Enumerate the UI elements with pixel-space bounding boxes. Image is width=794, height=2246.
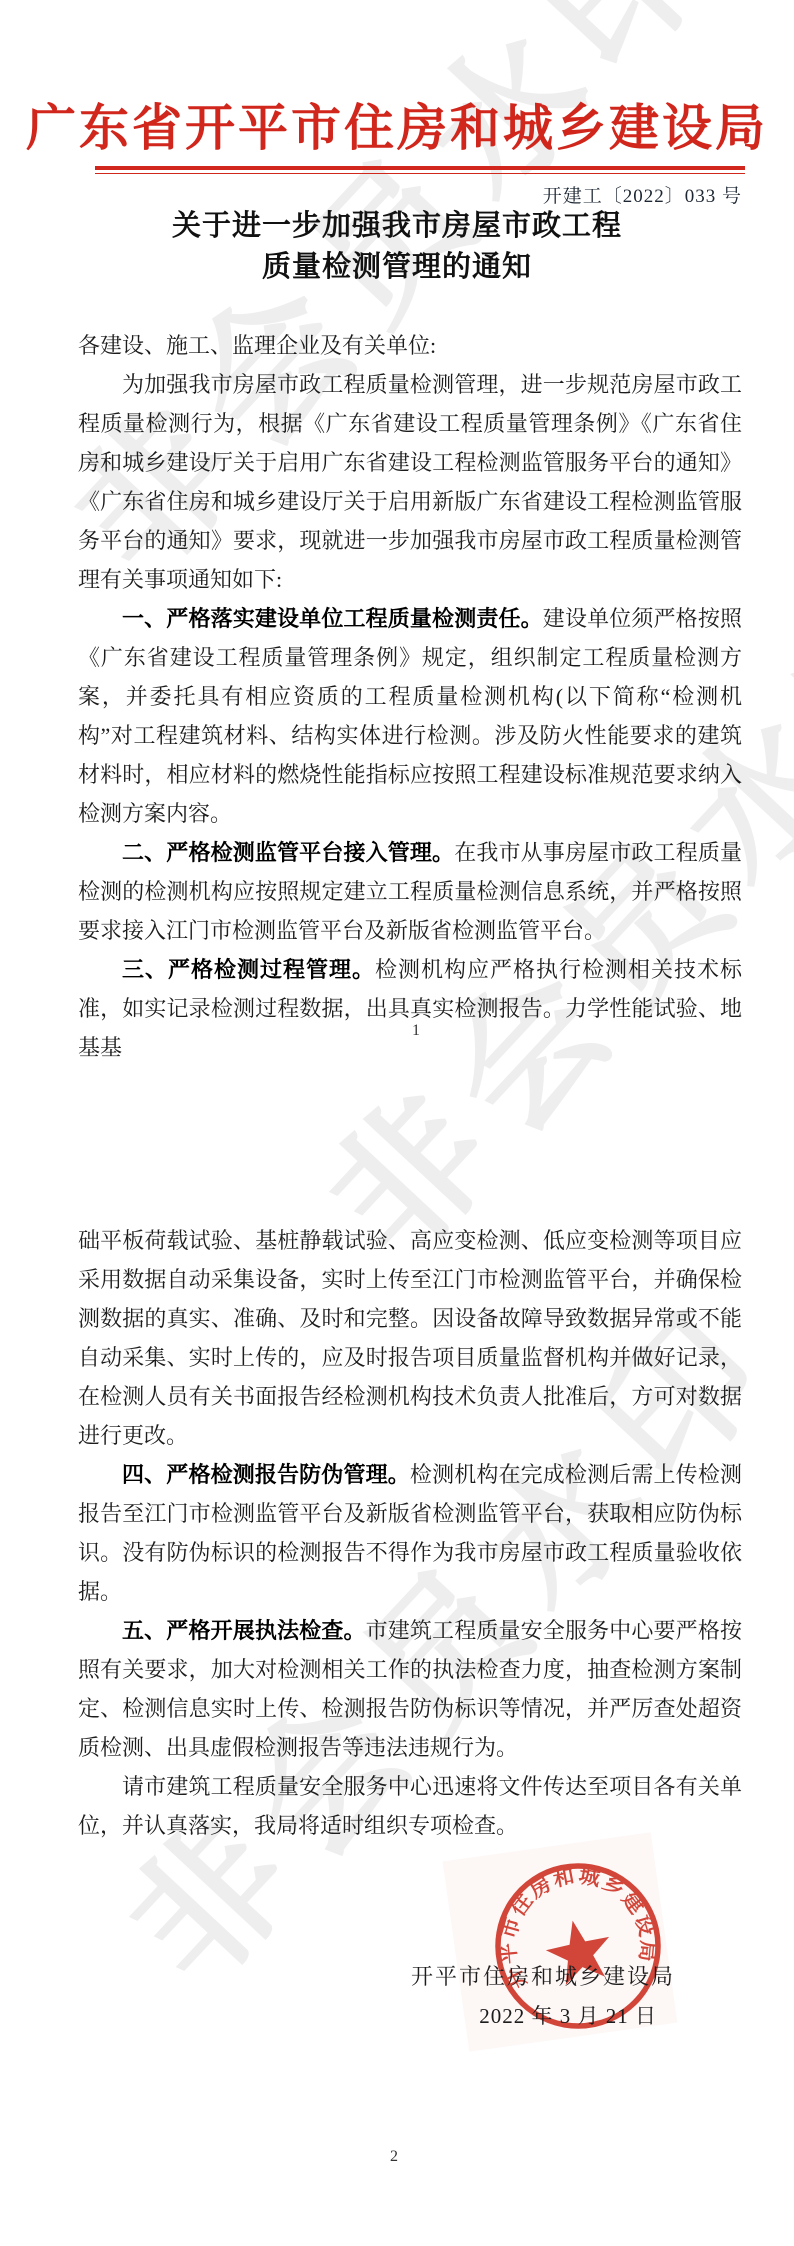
document-page: 非会员水印 非会员水印 非会员水印 广东省开平市住房和城乡建设局 开建工〔202… [0,0,794,2246]
paragraph: 为加强我市房屋市政工程质量检测管理，进一步规范房屋市政工程质量检测行为，根据《广… [78,365,742,599]
paragraph: 一、严格落实建设单位工程质量检测责任。建设单位须严格按照《广东省建设工程质量管理… [78,599,742,833]
document-title: 关于进一步加强我市房屋市政工程 质量检测管理的通知 [0,206,794,288]
body-section-page2: 础平板荷载试验、基桩静载试验、高应变检测、低应变检测等项目应采用数据自动采集设备… [78,1221,742,1845]
title-line-1: 关于进一步加强我市房屋市政工程 [0,206,794,247]
body-section-page1: 各建设、施工、监理企业及有关单位:为加强我市房屋市政工程质量检测管理，进一步规范… [78,326,742,1067]
paragraph: 五、严格开展执法检查。市建筑工程质量安全服务中心要严格按照有关要求，加大对检测相… [78,1611,742,1767]
section-heading: 三、严格检测过程管理。 [122,957,375,982]
section-heading: 五、严格开展执法检查。 [122,1618,366,1643]
body-text: 为加强我市房屋市政工程质量检测管理，进一步规范房屋市政工程质量检测行为，根据《广… [78,372,742,592]
title-line-2: 质量检测管理的通知 [0,247,794,288]
section-heading: 四、严格检测报告防伪管理。 [122,1462,410,1487]
paragraph: 三、严格检测过程管理。检测机构应严格执行检测相关技术标准，如实记录检测过程数据，… [78,950,742,1067]
document-number: 开建工〔2022〕033 号 [543,181,742,208]
agency-name: 广东省开平市住房和城乡建设局 [0,88,794,160]
paragraph: 二、严格检测监管平台接入管理。在我市从事房屋市政工程质量检测的检测机构应按照规定… [78,833,742,950]
paragraph: 四、严格检测报告防伪管理。检测机构在完成检测后需上传检测报告至江门市检测监管平台… [78,1455,742,1611]
header-divider [95,166,745,174]
section-heading: 一、严格落实建设单位工程质量检测责任。 [122,606,543,631]
body-text: 各建设、施工、监理企业及有关单位: [78,333,436,358]
signature-date: 2022 年 3 月 21 日 [479,2000,657,2030]
paragraph: 础平板荷载试验、基桩静载试验、高应变检测、低应变检测等项目应采用数据自动采集设备… [78,1221,742,1455]
page-number-1: 1 [412,1022,420,1040]
section-heading: 二、严格检测监管平台接入管理。 [122,840,454,865]
paragraph: 各建设、施工、监理企业及有关单位: [78,326,742,365]
body-text: 请市建筑工程质量安全服务中心迅速将文件传达至项目各有关单位，并认真落实，我局将适… [78,1774,742,1838]
page-number-2: 2 [390,2148,398,2166]
body-text: 建设单位须严格按照《广东省建设工程质量管理条例》规定，组织制定工程质量检测方案，… [78,606,742,826]
body-text: 础平板荷载试验、基桩静载试验、高应变检测、低应变检测等项目应采用数据自动采集设备… [78,1228,742,1448]
signature-agency: 开平市住房和城乡建设局 [411,1960,675,1991]
